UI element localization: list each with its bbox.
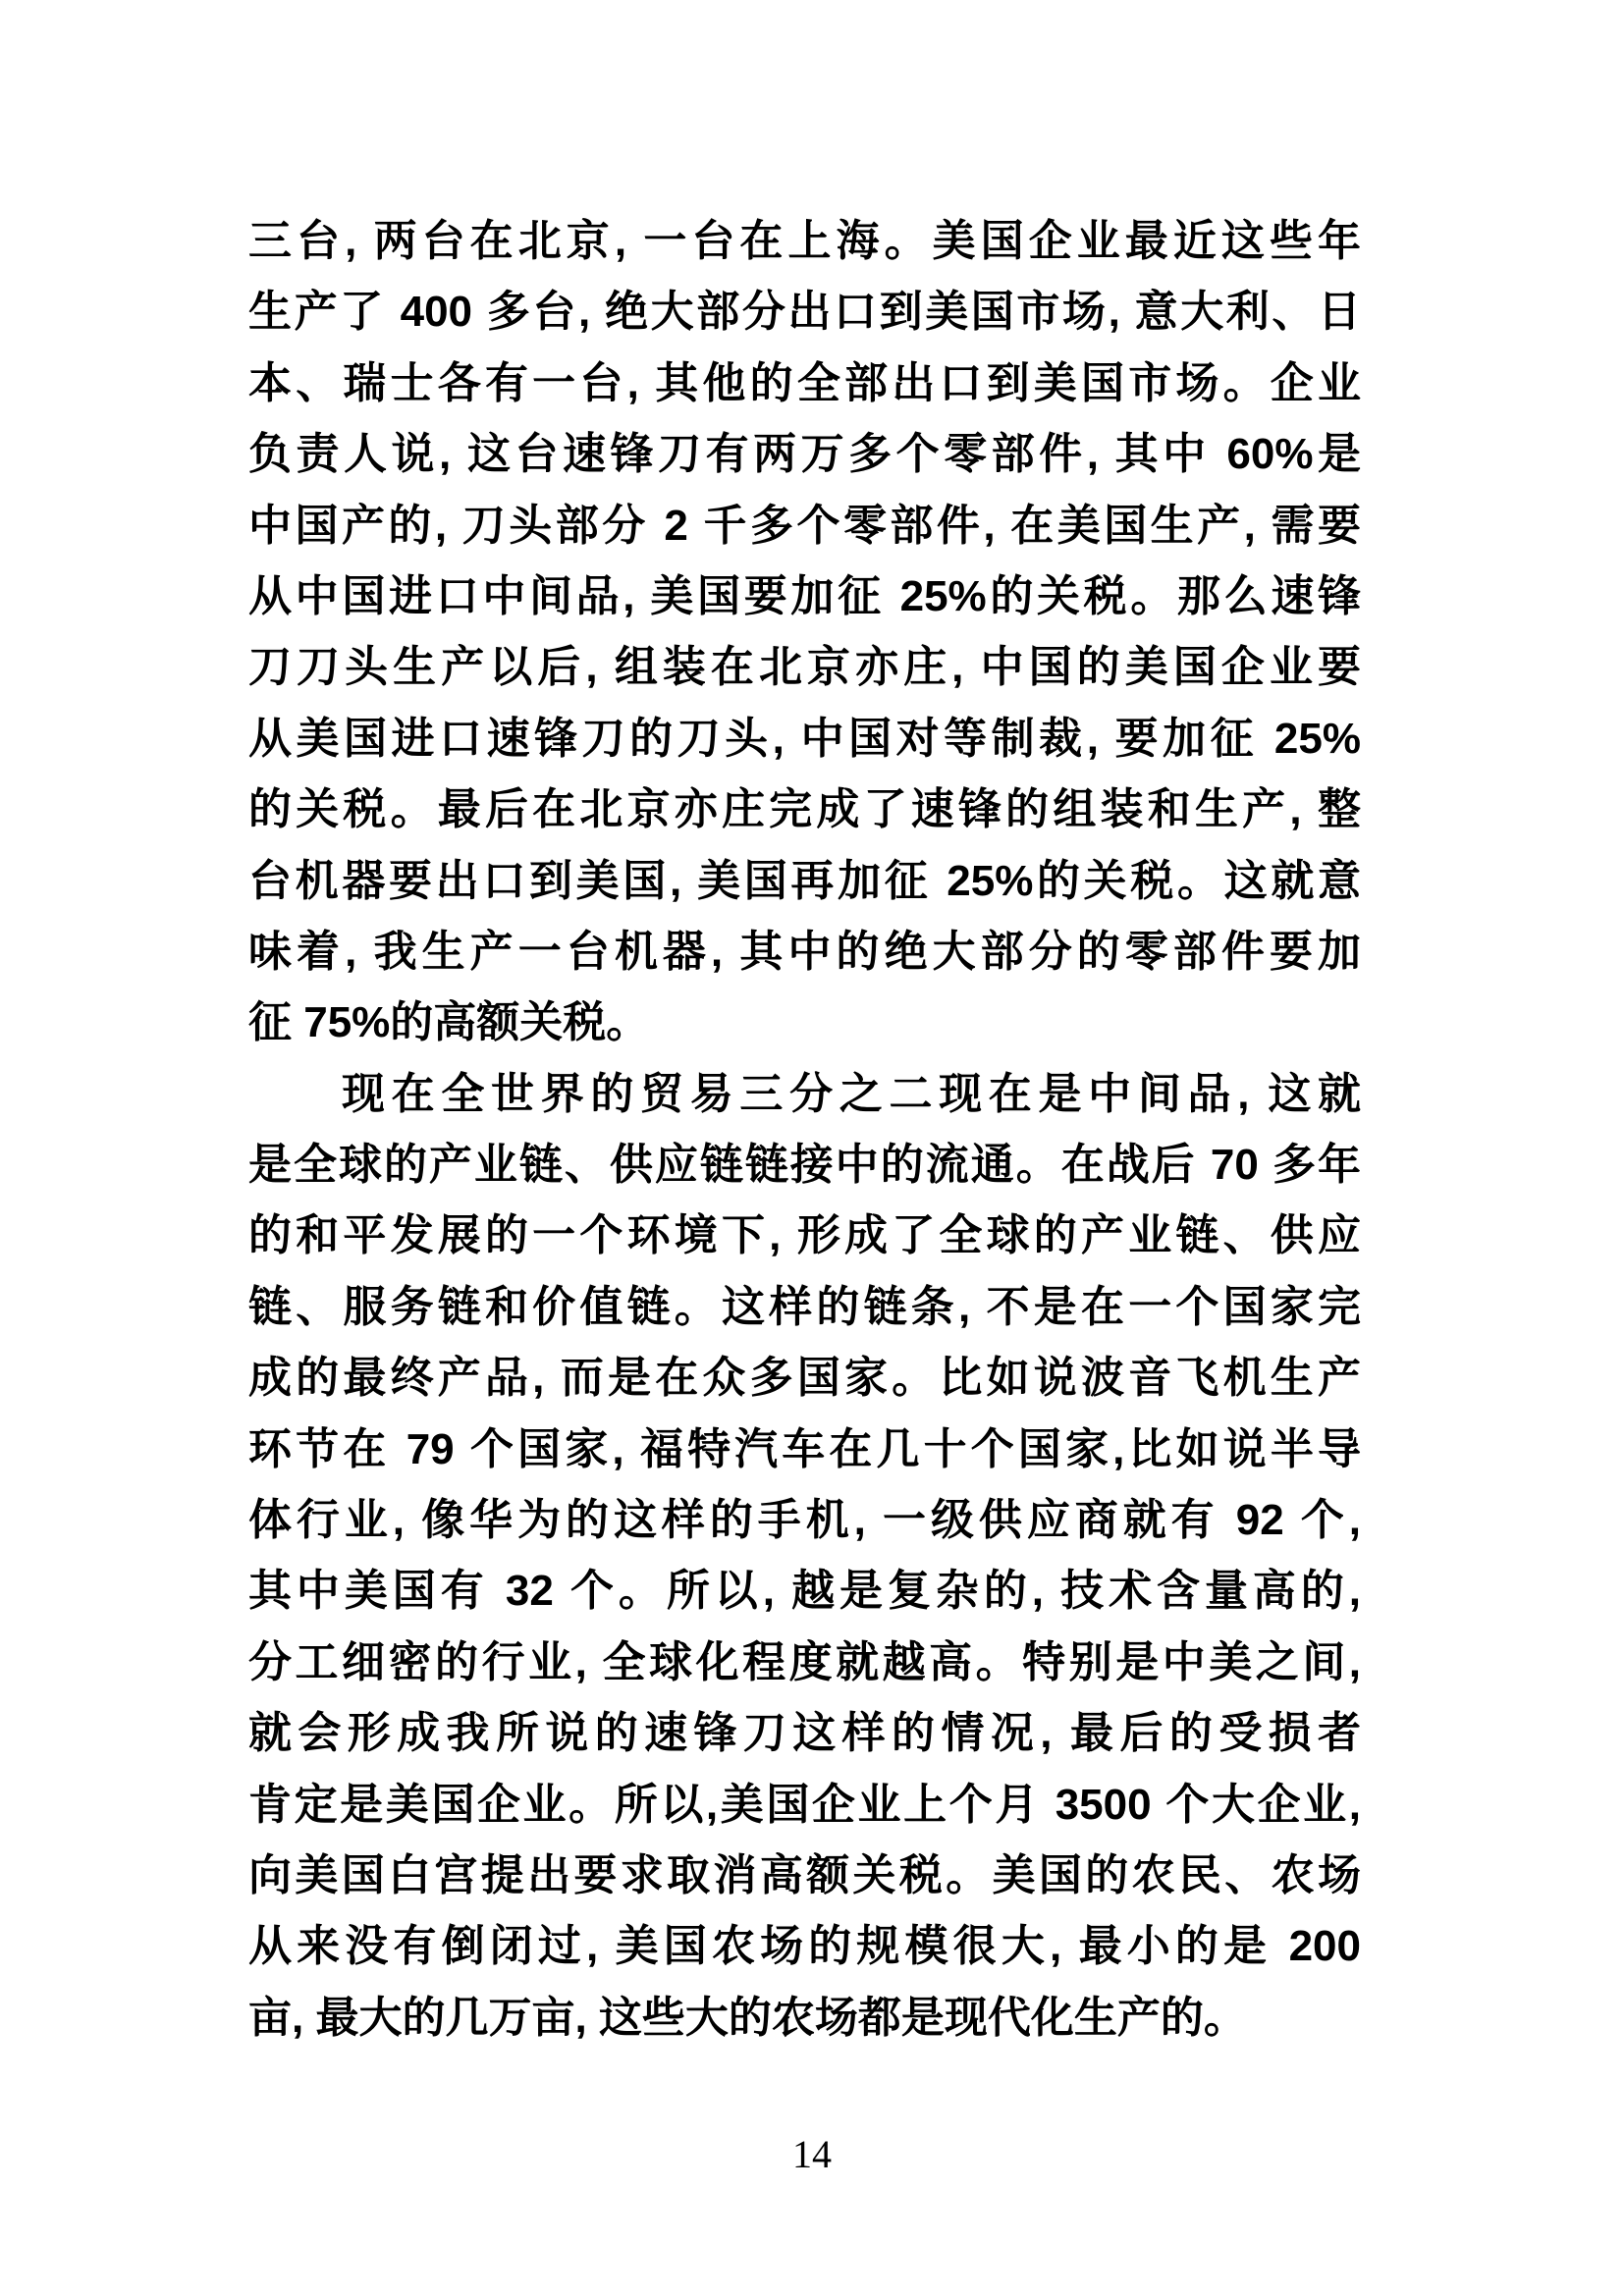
- text-line: 从中国进口中间品, 美国要加征 25%的关税。那么速锋: [248, 561, 1361, 632]
- text-line: 三台, 两台在北京, 一台在上海。美国企业最近这些年: [248, 206, 1361, 277]
- text-line: 味着, 我生产一台机器, 其中的绝大部分的零部件要加: [248, 917, 1361, 988]
- text-line: 本、瑞士各有一台, 其他的全部出口到美国市场。企业: [248, 348, 1361, 419]
- text-line: 负责人说, 这台速锋刀有两万多个零部件, 其中 60%是: [248, 419, 1361, 490]
- text-line: 其中美国有 32 个。所以, 越是复杂的, 技术含量高的,: [248, 1556, 1361, 1627]
- text-line: 生产了 400 多台, 绝大部分出口到美国市场, 意大利、日: [248, 277, 1361, 347]
- text-line-paragraph-start: 现在全世界的贸易三分之二现在是中间品, 这就: [248, 1059, 1361, 1130]
- text-line: 的关税。最后在北京亦庄完成了速锋的组装和生产, 整: [248, 774, 1361, 845]
- text-line: 环节在 79 个国家, 福特汽车在几十个国家,比如说半导: [248, 1415, 1361, 1485]
- text-line-paragraph-end: 征 75%的高额关税。: [248, 988, 1361, 1058]
- body-text: 三台, 两台在北京, 一台在上海。美国企业最近这些年 生产了 400 多台, 绝…: [248, 206, 1361, 2054]
- text-line: 是全球的产业链、供应链链接中的流通。在战后 70 多年: [248, 1130, 1361, 1201]
- text-line: 链、服务链和价值链。这样的链条, 不是在一个国家完: [248, 1272, 1361, 1343]
- text-line: 分工细密的行业, 全球化程度就越高。特别是中美之间,: [248, 1628, 1361, 1698]
- text-line: 台机器要出口到美国, 美国再加征 25%的关税。这就意: [248, 846, 1361, 917]
- text-line-paragraph-end: 亩, 最大的几万亩, 这些大的农场都是现代化生产的。: [248, 1983, 1361, 2054]
- text-line: 成的最终产品, 而是在众多国家。比如说波音飞机生产: [248, 1343, 1361, 1414]
- text-line: 肯定是美国企业。所以,美国企业上个月 3500 个大企业,: [248, 1770, 1361, 1841]
- text-line: 体行业, 像华为的这样的手机, 一级供应商就有 92 个,: [248, 1485, 1361, 1556]
- text-line: 中国产的, 刀头部分 2 千多个零部件, 在美国生产, 需要: [248, 491, 1361, 561]
- document-page: 三台, 两台在北京, 一台在上海。美国企业最近这些年 生产了 400 多台, 绝…: [0, 0, 1624, 2296]
- text-line: 从美国进口速锋刀的刀头, 中国对等制裁, 要加征 25%: [248, 704, 1361, 774]
- text-line: 从来没有倒闭过, 美国农场的规模很大, 最小的是 200: [248, 1911, 1361, 1982]
- text-line: 刀刀头生产以后, 组装在北京亦庄, 中国的美国企业要: [248, 632, 1361, 703]
- text-line: 就会形成我所说的速锋刀这样的情况, 最后的受损者: [248, 1698, 1361, 1769]
- text-line: 的和平发展的一个环境下, 形成了全球的产业链、供应: [248, 1201, 1361, 1271]
- text-line: 向美国白宫提出要求取消高额关税。美国的农民、农场: [248, 1841, 1361, 1911]
- page-number: 14: [0, 2132, 1624, 2177]
